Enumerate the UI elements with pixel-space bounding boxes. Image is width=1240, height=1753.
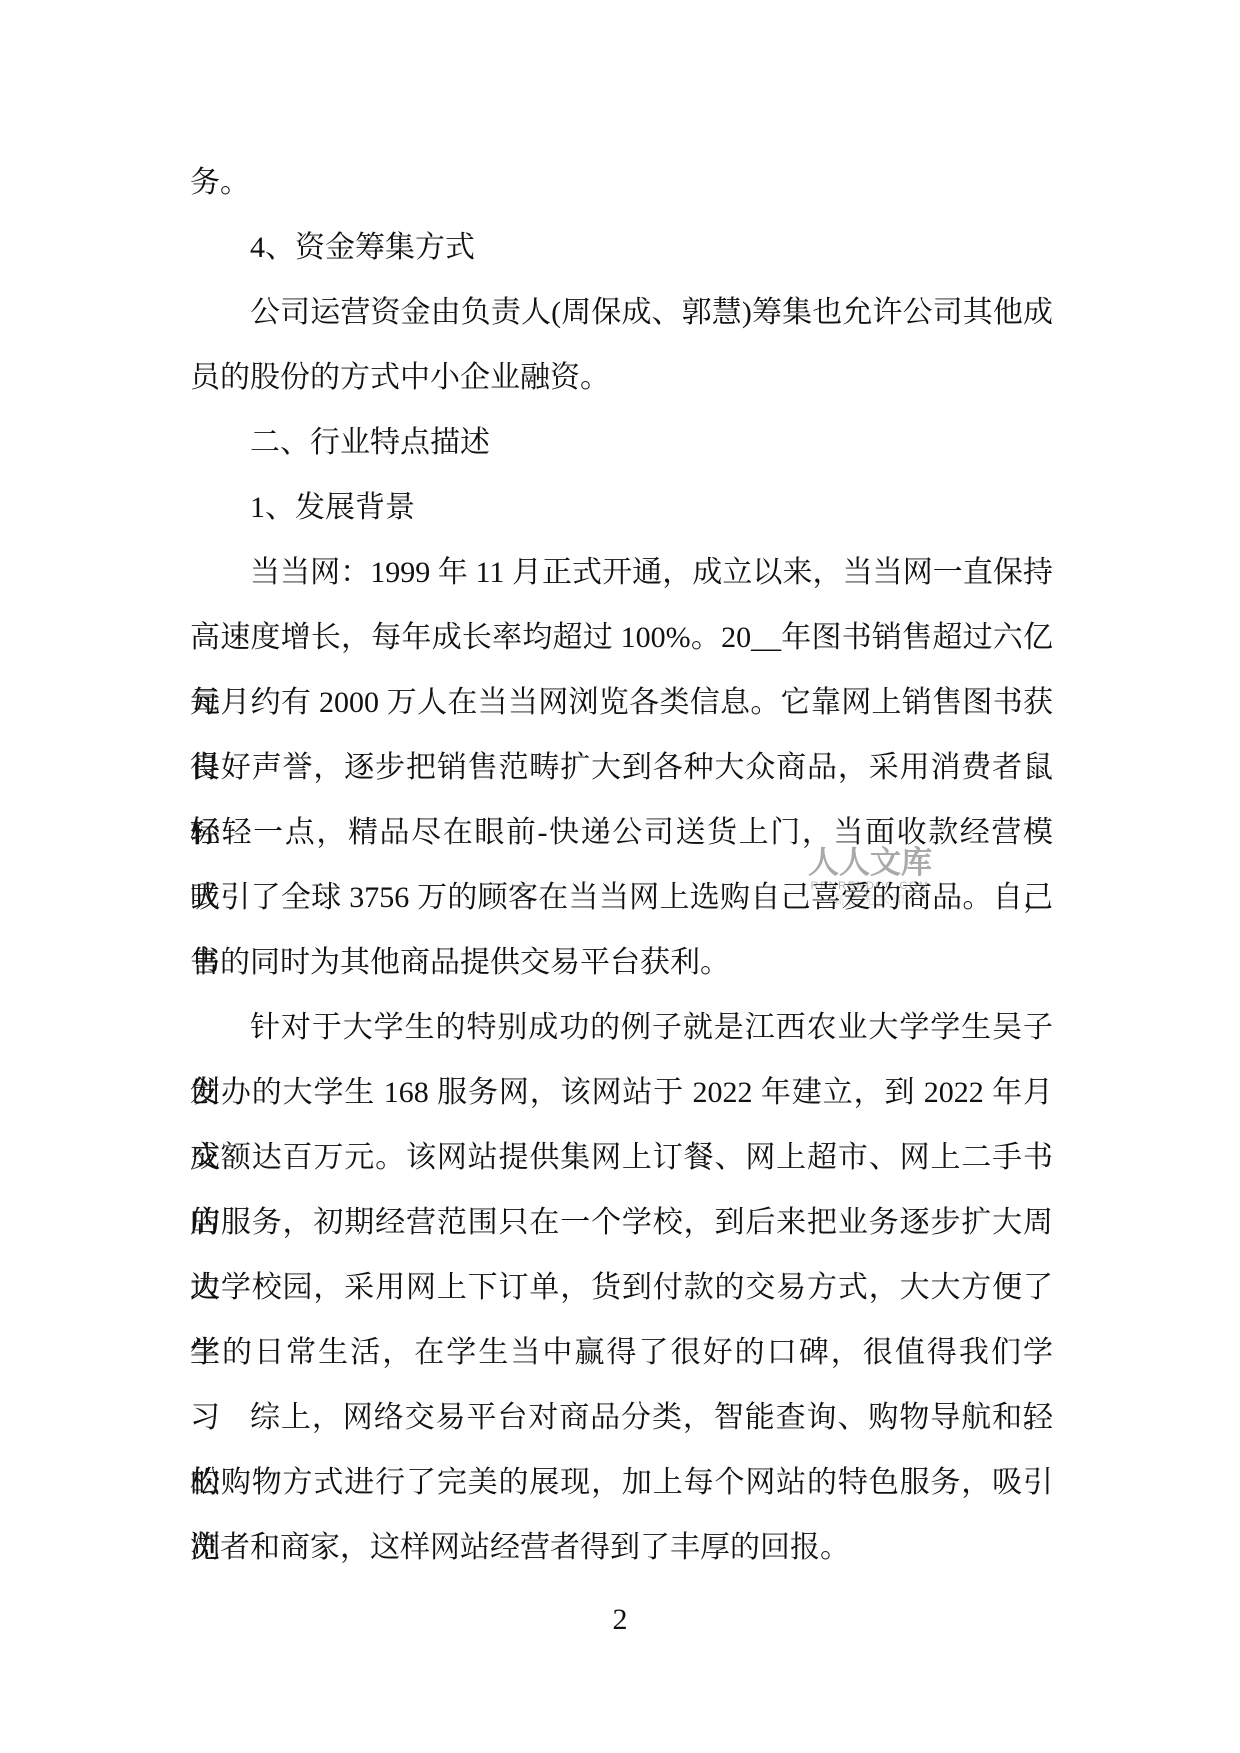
text-line: 4、资金筹集方式 xyxy=(190,215,1053,280)
text-line: 览者和商家，这样网站经营者得到了丰厚的回报。 xyxy=(190,1515,1053,1580)
page-number: 2 xyxy=(0,1600,1240,1640)
text-line: 大学校园，采用网上下订单，货到付款的交易方式，大大方便了学 xyxy=(190,1255,1053,1320)
text-line: 1、发展背景 xyxy=(190,475,1053,540)
document-body: 务。4、资金筹集方式公司运营资金由负责人(周保成、郭慧)筹集也允许公司其他成员的… xyxy=(190,150,1053,1580)
text-line: 生的日常生活，在学生当中赢得了很好的口碑，很值得我们学习。 xyxy=(190,1320,1053,1385)
text-line: 每月约有 2000 万人在当当网浏览各类信息。它靠网上销售图书获得 xyxy=(190,670,1053,735)
text-line: 良好声誉，逐步把销售范畴扩大到各种大众商品，采用消费者鼠标 xyxy=(190,735,1053,800)
text-line: 当当网：1999 年 11 月正式开通，成立以来，当当网一直保持 xyxy=(190,540,1053,605)
text-line: 员的股份的方式中小企业融资。 xyxy=(190,345,1053,410)
document-page: 人人文库 RENRENDOC.COM 高清无水印 务。4、资金筹集方式公司运营资… xyxy=(0,0,1240,1753)
text-line: 高速度增长，每年成长率均超过 100%。20__年图书销售超过六亿元 xyxy=(190,605,1053,670)
text-line: 务。 xyxy=(190,150,1053,215)
text-line: 的购物方式进行了完美的展现，加上每个网站的特色服务，吸引浏 xyxy=(190,1450,1053,1515)
text-line: 吸引了全球 3756 万的顾客在当当网上选购自己喜爱的商品。自己售 xyxy=(190,865,1053,930)
text-line: 创办的大学生 168 服务网，该网站于 2022 年建立，到 2022 年月成 xyxy=(190,1060,1053,1125)
text-line: 公司运营资金由负责人(周保成、郭慧)筹集也允许公司其他成 xyxy=(190,280,1053,345)
text-line: 针对于大学生的特别成功的例子就是江西农业大学学生吴子发 xyxy=(190,995,1053,1060)
text-line: 的服务，初期经营范围只在一个学校，到后来把业务逐步扩大周边 xyxy=(190,1190,1053,1255)
text-line: 书的同时为其他商品提供交易平台获利。 xyxy=(190,930,1053,995)
text-line: 二、行业特点描述 xyxy=(190,410,1053,475)
text-line: 综上，网络交易平台对商品分类，智能查询、购物导航和轻松 xyxy=(190,1385,1053,1450)
text-line: 交额达百万元。该网站提供集网上订餐、网上超市、网上二手书店 xyxy=(190,1125,1053,1190)
text-line: 轻轻一点，精品尽在眼前-快递公司送货上门，当面收款经营模式， xyxy=(190,800,1053,865)
